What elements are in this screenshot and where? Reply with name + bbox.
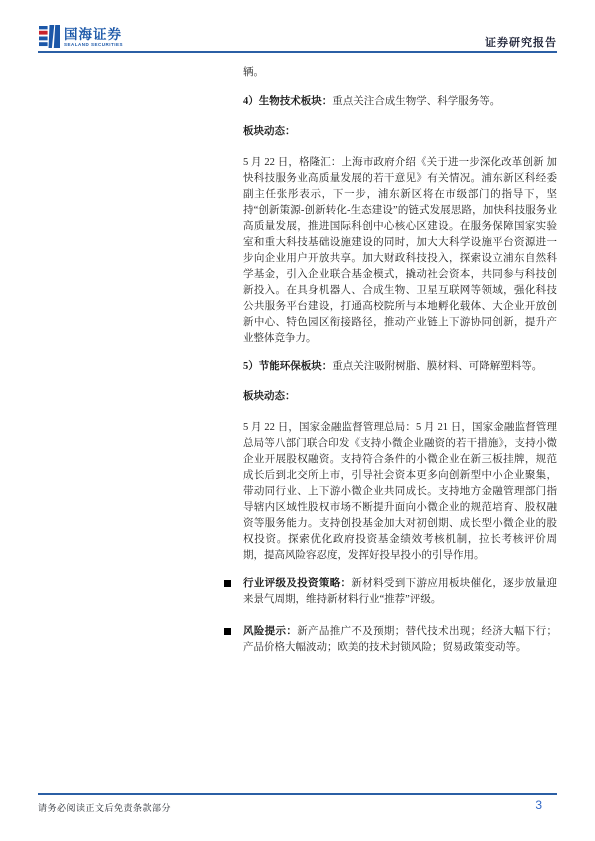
square-bullet-icon bbox=[224, 580, 231, 587]
sealand-logo-icon bbox=[39, 25, 60, 48]
bullet-item-rating: 行业评级及投资策略：新材料受到下游应用板块催化，逐步放量迎来景气周期，维持新材料… bbox=[243, 576, 557, 608]
carryover-text: 辆。 bbox=[243, 65, 557, 81]
bullet-rating-paragraph: 行业评级及投资策略：新材料受到下游应用板块催化，逐步放量迎来景气周期，维持新材料… bbox=[243, 576, 557, 608]
bullet-rating-label: 行业评级及投资策略： bbox=[243, 578, 351, 589]
report-page: 国海证券 SEALAND SECURITIES 证券研究报告 辆。 4）生物技术… bbox=[0, 0, 595, 841]
brand-logo: 国海证券 SEALAND SECURITIES bbox=[39, 25, 123, 48]
report-type-label: 证券研究报告 bbox=[485, 34, 557, 50]
disclaimer-text: 请务必阅读正文后免责条款部分 bbox=[38, 801, 171, 814]
section-heading-biotech: 4）生物技术板块：重点关注合成生物学、科学服务等。 bbox=[243, 94, 557, 110]
dynamics-heading-biotech: 板块动态： bbox=[243, 124, 557, 140]
section-heading-env: 5）节能环保板块：重点关注吸附树脂、膜材料、可降解塑料等。 bbox=[243, 359, 557, 375]
news-paragraph-env: 5 月 22 日，国家金融监督管理总局：5 月 21 日，国家金融监督管理总局等… bbox=[243, 420, 557, 564]
report-body: 辆。 4）生物技术板块：重点关注合成生物学、科学服务等。 板块动态： 5 月 2… bbox=[243, 65, 557, 672]
bullet-risk-label: 风险提示： bbox=[243, 626, 297, 637]
news-paragraph-biotech: 5 月 22 日，格隆汇：上海市政府介绍《关于进一步深化改革创新 加快科技服务业… bbox=[243, 155, 557, 347]
square-bullet-icon bbox=[224, 628, 231, 635]
brand-subtitle: SEALAND SECURITIES bbox=[64, 42, 123, 48]
brand-name: 国海证券 bbox=[64, 28, 123, 42]
section-heading-biotech-text: 重点关注合成生物学、科学服务等。 bbox=[332, 96, 500, 107]
page-number: 3 bbox=[535, 798, 542, 812]
dynamics-heading-env: 板块动态： bbox=[243, 389, 557, 405]
section-heading-biotech-label: 4）生物技术板块： bbox=[243, 96, 332, 107]
brand-text: 国海证券 SEALAND SECURITIES bbox=[64, 25, 123, 48]
footer-divider bbox=[38, 793, 557, 795]
section-heading-env-text: 重点关注吸附树脂、膜材料、可降解塑料等。 bbox=[332, 361, 542, 372]
bullet-risk-paragraph: 风险提示：新产品推广不及预期；替代技术出现；经济大幅下行；产品价格大幅波动；欧美… bbox=[243, 624, 557, 656]
section-heading-env-label: 5）节能环保板块： bbox=[243, 361, 332, 372]
header-divider bbox=[38, 51, 557, 53]
bullet-item-risk: 风险提示：新产品推广不及预期；替代技术出现；经济大幅下行；产品价格大幅波动；欧美… bbox=[243, 624, 557, 656]
